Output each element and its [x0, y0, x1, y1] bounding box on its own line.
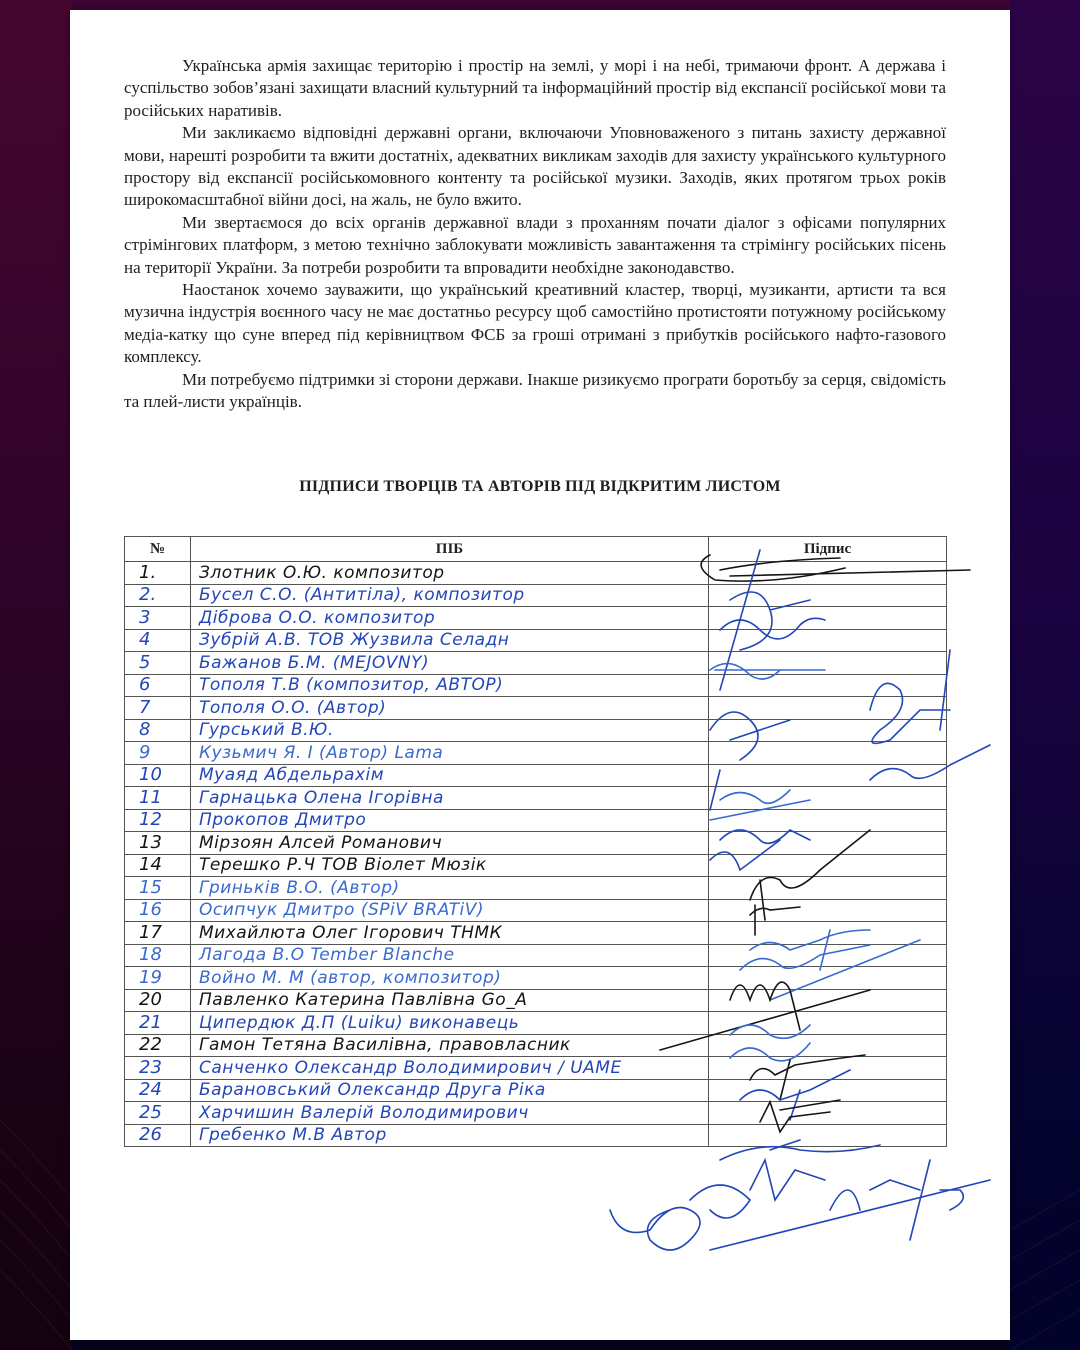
signature-cell	[709, 899, 947, 922]
row-number: 8	[125, 719, 191, 742]
table-row: 15Гриньків В.О. (Автор)	[125, 877, 947, 900]
letter-paragraph-3: Ми звертаємося до всіх органів державної…	[124, 212, 946, 279]
signature-cell	[709, 1034, 947, 1057]
table-header-row: № ПІБ Підпис	[125, 537, 947, 562]
row-number: 25	[125, 1102, 191, 1125]
table-row: 18Лагода В.О Tember Blanche	[125, 944, 947, 967]
row-number: 9	[125, 742, 191, 765]
signature-cell	[709, 629, 947, 652]
row-number: 4	[125, 629, 191, 652]
signer-name: Гребенко М.В Автор	[191, 1124, 709, 1147]
open-letter-body: Українська армія захищає територію і про…	[124, 55, 946, 414]
letter-paragraph-4: Наостанок хочемо зауважити, що українськ…	[124, 279, 946, 369]
signer-name: Злотник О.Ю. композитор	[191, 562, 709, 585]
signature-cell	[709, 674, 947, 697]
signer-name: Лагода В.О Tember Blanche	[191, 944, 709, 967]
row-number: 12	[125, 809, 191, 832]
signer-name: Барановський Олександр Друга Ріка	[191, 1079, 709, 1102]
signature-cell	[709, 607, 947, 630]
signer-name: Терешко Р.Ч ТОВ Віолет Мюзік	[191, 854, 709, 877]
header-name: ПІБ	[191, 537, 709, 562]
table-row: 5Бажанов Б.М. (MEJOVNY)	[125, 652, 947, 675]
row-number: 19	[125, 967, 191, 990]
row-number: 3	[125, 607, 191, 630]
row-number: 26	[125, 1124, 191, 1147]
row-number: 7	[125, 697, 191, 720]
table-row: 9Кузьмич Я. І (Автор) Lama	[125, 742, 947, 765]
table-row: 6Тополя Т.В (композитор, АВТОР)	[125, 674, 947, 697]
letter-paragraph-1: Українська армія захищає територію і про…	[124, 55, 946, 122]
signature-cell	[709, 944, 947, 967]
row-number: 5	[125, 652, 191, 675]
signer-name: Павленко Катерина Павлівна Go_A	[191, 989, 709, 1012]
signer-name: Войно М. М (автор, композитор)	[191, 967, 709, 990]
signatures-table: № ПІБ Підпис 1.Злотник О.Ю. композитор2.…	[124, 536, 947, 1147]
signer-name: Діброва О.О. композитор	[191, 607, 709, 630]
signer-name: Михайлюта Олег Ігорович ТНМК	[191, 922, 709, 945]
row-number: 14	[125, 854, 191, 877]
table-row: 7Тополя О.О. (Автор)	[125, 697, 947, 720]
signer-name: Осипчук Дмитро (SPiV BRATiV)	[191, 899, 709, 922]
table-row: 24Барановський Олександр Друга Ріка	[125, 1079, 947, 1102]
row-number: 13	[125, 832, 191, 855]
background-left	[0, 0, 72, 1350]
header-number: №	[125, 537, 191, 562]
signer-name: Муаяд Абдельрахім	[191, 764, 709, 787]
letter-paragraph-2: Ми закликаємо відповідні державні органи…	[124, 122, 946, 212]
row-number: 23	[125, 1057, 191, 1080]
letter-paragraph-5: Ми потребуємо підтримки зі сторони держа…	[124, 369, 946, 414]
table-row: 4Зубрій А.В. ТОВ Жузвила Селадн	[125, 629, 947, 652]
signature-cell	[709, 697, 947, 720]
row-number: 24	[125, 1079, 191, 1102]
signature-cell	[709, 989, 947, 1012]
signer-name: Прокопов Дмитро	[191, 809, 709, 832]
signature-cell	[709, 787, 947, 810]
table-row: 1.Злотник О.Ю. композитор	[125, 562, 947, 585]
row-number: 2.	[125, 584, 191, 607]
signer-name: Гамон Тетяна Василівна, правовласник	[191, 1034, 709, 1057]
row-number: 11	[125, 787, 191, 810]
row-number: 10	[125, 764, 191, 787]
table-row: 3Діброва О.О. композитор	[125, 607, 947, 630]
signer-name: Санченко Олександр Володимирович / UAME	[191, 1057, 709, 1080]
signer-name: Кузьмич Я. І (Автор) Lama	[191, 742, 709, 765]
signature-cell	[709, 922, 947, 945]
row-number: 6	[125, 674, 191, 697]
table-row: 20Павленко Катерина Павлівна Go_A	[125, 989, 947, 1012]
document-page: Українська армія захищає територію і про…	[70, 10, 1010, 1340]
table-row: 10Муаяд Абдельрахім	[125, 764, 947, 787]
table-row: 14Терешко Р.Ч ТОВ Віолет Мюзік	[125, 854, 947, 877]
signature-cell	[709, 1124, 947, 1147]
signer-name: Гриньків В.О. (Автор)	[191, 877, 709, 900]
signer-name: Мірзоян Алсей Романович	[191, 832, 709, 855]
row-number: 21	[125, 1012, 191, 1035]
table-row: 26Гребенко М.В Автор	[125, 1124, 947, 1147]
signature-cell	[709, 877, 947, 900]
signature-cell	[709, 832, 947, 855]
signature-cell	[709, 652, 947, 675]
header-signature: Підпис	[709, 537, 947, 562]
table-row: 12Прокопов Дмитро	[125, 809, 947, 832]
row-number: 1.	[125, 562, 191, 585]
background-right	[1010, 0, 1080, 1350]
signature-cell	[709, 584, 947, 607]
signature-cell	[709, 809, 947, 832]
signature-cell	[709, 1012, 947, 1035]
row-number: 20	[125, 989, 191, 1012]
table-row: 17Михайлюта Олег Ігорович ТНМК	[125, 922, 947, 945]
signature-cell	[709, 562, 947, 585]
signer-name: Бажанов Б.М. (MEJOVNY)	[191, 652, 709, 675]
table-row: 23Санченко Олександр Володимирович / UAM…	[125, 1057, 947, 1080]
signature-cell	[709, 854, 947, 877]
signature-cell	[709, 967, 947, 990]
table-row: 8Гурський В.Ю.	[125, 719, 947, 742]
row-number: 17	[125, 922, 191, 945]
table-row: 2.Бусел С.О. (Антитіла), композитор	[125, 584, 947, 607]
table-row: 25Харчишин Валерій Володимирович	[125, 1102, 947, 1125]
row-number: 16	[125, 899, 191, 922]
signature-cell	[709, 1102, 947, 1125]
signer-name: Бусел С.О. (Антитіла), композитор	[191, 584, 709, 607]
signer-name: Гарнацька Олена Ігорівна	[191, 787, 709, 810]
signer-name: Гурський В.Ю.	[191, 719, 709, 742]
row-number: 18	[125, 944, 191, 967]
signer-name: Харчишин Валерій Володимирович	[191, 1102, 709, 1125]
table-row: 11Гарнацька Олена Ігорівна	[125, 787, 947, 810]
signer-name: Ципердюк Д.П (Luiku) виконавець	[191, 1012, 709, 1035]
signature-cell	[709, 742, 947, 765]
table-row: 22Гамон Тетяна Василівна, правовласник	[125, 1034, 947, 1057]
signer-name: Зубрій А.В. ТОВ Жузвила Селадн	[191, 629, 709, 652]
row-number: 22	[125, 1034, 191, 1057]
signature-cell	[709, 719, 947, 742]
table-row: 21Ципердюк Д.П (Luiku) виконавець	[125, 1012, 947, 1035]
table-row: 13Мірзоян Алсей Романович	[125, 832, 947, 855]
signer-name: Тополя Т.В (композитор, АВТОР)	[191, 674, 709, 697]
signer-name: Тополя О.О. (Автор)	[191, 697, 709, 720]
signature-cell	[709, 1079, 947, 1102]
table-row: 19Войно М. М (автор, композитор)	[125, 967, 947, 990]
signature-cell	[709, 764, 947, 787]
signature-cell	[709, 1057, 947, 1080]
signatures-title: ПІДПИСИ ТВОРЦІВ ТА АВТОРІВ ПІД ВІДКРИТИМ…	[70, 478, 1010, 496]
table-row: 16Осипчук Дмитро (SPiV BRATiV)	[125, 899, 947, 922]
row-number: 15	[125, 877, 191, 900]
